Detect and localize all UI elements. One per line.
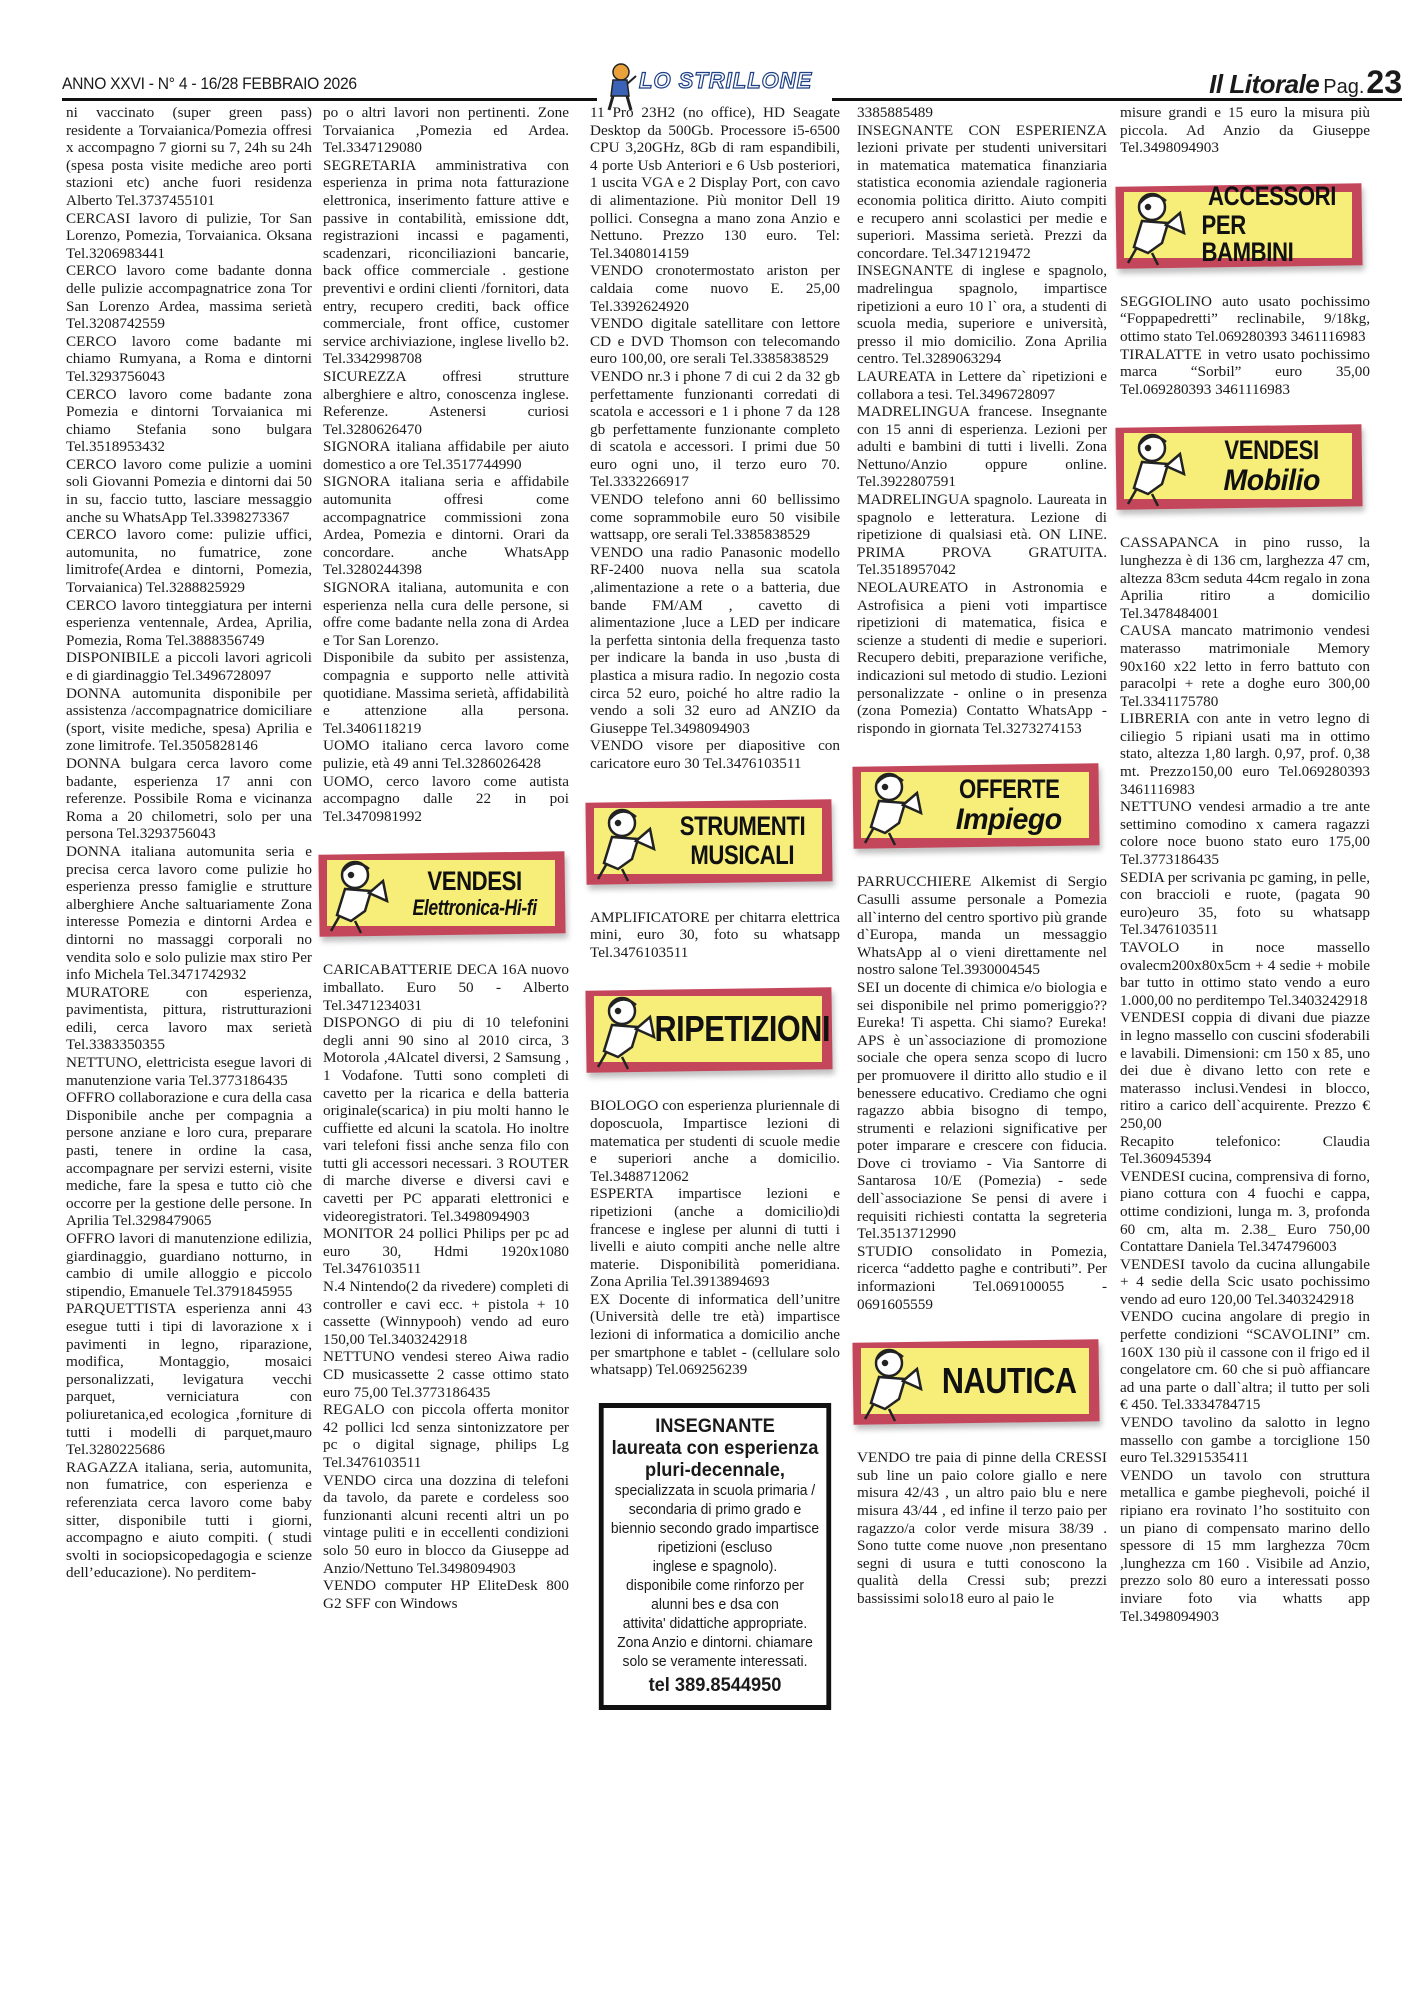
lo-strillone-logo: LO STRILLONE <box>597 62 832 104</box>
banner-strumenti-musicali: STRUMENTI MUSICALI <box>586 795 836 889</box>
banner-title: OFFERTE <box>959 776 1059 803</box>
banner-nautica: NAUTICA <box>853 1335 1103 1429</box>
classified-list-ripetizioni-cont: 3385885489INSEGNANTE CON ESPERIENZA lezi… <box>857 104 1107 737</box>
classified-ad: NETTUNO, elettricista esegue lavori di m… <box>66 1054 312 1089</box>
page-number: 23 <box>1366 64 1402 100</box>
classified-ad: misure grandi e 15 euro la misura più pi… <box>1120 104 1370 157</box>
banner-vendesi-mobilio: VENDESI Mobilio <box>1116 420 1366 514</box>
classified-ad: TAVOLO in noce massello ovalecm200x80x5c… <box>1120 939 1370 1009</box>
page-header: ANNO XXVI - N° 4 - 16/28 FEBBRAIO 2026 L… <box>62 62 1402 96</box>
classified-ad: EX Docente di informatica dell’unitre (U… <box>590 1291 840 1379</box>
boxed-ad-subtitle: laureata con esperienza <box>609 1438 820 1460</box>
classified-ad: BIOLOGO con esperienza pluriennale di do… <box>590 1097 840 1185</box>
classified-list-mobilio: CASSAPANCA in pino russo, la lunghezza è… <box>1120 534 1370 1625</box>
classified-ad: DISPONIBILE a piccoli lavori agricoli e … <box>66 649 312 684</box>
banner-accessori-bambini: ACCESSORI PER BAMBINI <box>1116 179 1366 273</box>
classified-ad: LIBRERIA con ante in vetro legno di cili… <box>1120 710 1370 798</box>
classified-ad: UOMO, cerco lavoro come autista accompag… <box>323 773 569 826</box>
boxed-ad-line: secondaria di primo grado e <box>609 1501 820 1520</box>
classified-ad: PARRUCCHIERE Alkemist di Sergio Casulli … <box>857 873 1107 979</box>
newsboy-mascot-icon <box>592 987 656 1071</box>
classified-ad: VENDO cronotermostato ariston per caldai… <box>590 262 840 315</box>
banner-title: VENDESI <box>1225 437 1319 464</box>
boxed-ad-line: biennio secondo grado impartisce <box>609 1520 820 1539</box>
classified-ad: SIGNORA italiana seria e affidabile auto… <box>323 473 569 579</box>
banner-title: ACCESSORI <box>1208 183 1336 210</box>
classified-ad: ni vaccinato (super green pass) resident… <box>66 104 312 210</box>
boxed-ad-line: ripetizioni (escluso <box>609 1539 820 1558</box>
banner-title: NAUTICA <box>942 1363 1077 1399</box>
classified-ad: OFFRO lavori di manutenzione edilizia, g… <box>66 1230 312 1300</box>
banner-subtitle: MUSICALI <box>690 842 794 869</box>
boxed-ad-insegnante: INSEGNANTE laureata con esperienza pluri… <box>599 1403 831 1710</box>
classified-ad: N.4 Nintendo(2 da rivedere) completi di … <box>323 1278 569 1348</box>
classified-ad: NEOLAUREATO in Astronomia e Astrofisica … <box>857 579 1107 737</box>
classified-ad: CAUSA mancato matrimonio vendesi materas… <box>1120 622 1370 710</box>
classified-ad: VENDO un tavolo con struttura metallica … <box>1120 1467 1370 1625</box>
column-5: misure grandi e 15 euro la misura più pi… <box>1120 104 1370 1625</box>
classified-ad: LAUREATA in Lettere da` ripetizioni e co… <box>857 368 1107 403</box>
classified-ad: CERCO lavoro come: pulizie uffici, autom… <box>66 526 312 596</box>
classified-ad: VENDESI tavolo da cucina allungabile + 4… <box>1120 1256 1370 1309</box>
boxed-ad-phone: tel 389.8544950 <box>609 1676 820 1695</box>
classified-ad: AMPLIFICATORE per chitarra elettrica min… <box>590 909 840 962</box>
classified-ad: SICUREZZA offresi strutture alberghiere … <box>323 368 569 438</box>
boxed-ad-line: specializzata in scuola primaria / <box>609 1482 820 1501</box>
newsboy-mascot-icon <box>1122 424 1186 508</box>
classified-ad: SIGNORA italiana affidabile per aiuto do… <box>323 438 569 473</box>
boxed-ad-line: alunni bes e dsa con <box>609 1596 820 1615</box>
classified-list-ripetizioni: BIOLOGO con esperienza pluriennale di do… <box>590 1097 840 1379</box>
classified-ad: STUDIO consolidato in Pomezia, ricerca “… <box>857 1243 1107 1313</box>
boxed-ad-subtitle: pluri-decennale, <box>609 1460 820 1482</box>
column-1: ni vaccinato (super green pass) resident… <box>66 104 312 1582</box>
classified-ad: CASSAPANCA in pino russo, la lunghezza è… <box>1120 534 1370 622</box>
banner-subtitle: Impiego <box>956 805 1062 835</box>
classified-ad: CERCASI lavoro di pulizie, Tor San Loren… <box>66 210 312 263</box>
classified-ad: CERCO lavoro come badante donna delle pu… <box>66 262 312 332</box>
classified-ad: DONNA italiana automunita seria e precis… <box>66 843 312 984</box>
brand-name: Il Litorale <box>1209 69 1319 99</box>
classified-ad: VENDO computer HP EliteDesk 800 G2 SFF c… <box>323 1577 569 1612</box>
classified-ad: Recapito telefonico: Claudia Tel.3609453… <box>1120 1133 1370 1168</box>
classified-ad: MURATORE con esperienza, pavimentista, p… <box>66 984 312 1054</box>
banner-vendesi-elettronica: VENDESI Elettronica-Hi-fi <box>319 847 569 941</box>
classified-ad: REGALO con piccola offerta monitor 42 po… <box>323 1401 569 1471</box>
masthead-brand: Il LitoralePag.23 <box>1209 64 1402 101</box>
classified-list-accessori: SEGGIOLINO auto usato pochissimo “Foppap… <box>1120 293 1370 399</box>
classified-list-elettronica: CARICABATTERIE DECA 16A nuovo imballato.… <box>323 961 569 1612</box>
issue-info: ANNO XXVI - N° 4 - 16/28 FEBBRAIO 2026 <box>62 74 357 94</box>
classified-ad: CERCO lavoro tinteggiatura per interni e… <box>66 597 312 650</box>
banner-title: VENDESI <box>428 868 522 895</box>
classified-ad: SEGGIOLINO auto usato pochissimo “Foppap… <box>1120 293 1370 346</box>
banner-subtitle: Elettronica-Hi-fi <box>413 897 537 919</box>
classified-list-offerte: PARRUCCHIERE Alkemist di Sergio Casulli … <box>857 873 1107 1313</box>
classified-list-elettronica-cont: 11 Pro 23H2 (no office), HD Seagate Desk… <box>590 104 840 773</box>
banner-ripetizioni: RIPETIZIONI <box>586 983 836 1077</box>
classified-ad: SIGNORA italiana, automunita e con esper… <box>323 579 569 649</box>
classified-ad: VENDESI coppia di divani due piazze in l… <box>1120 1009 1370 1132</box>
classified-ad: DISPONGO di piu di 10 telefonini degli a… <box>323 1014 569 1225</box>
classified-ad: UOMO italiano cerca lavoro come pulizie,… <box>323 737 569 772</box>
classified-ad: VENDO telefono anni 60 bellissimo come s… <box>590 491 840 544</box>
classified-ad: CARICABATTERIE DECA 16A nuovo imballato.… <box>323 961 569 1014</box>
banner-title: STRUMENTI <box>679 813 804 840</box>
classified-ad: NETTUNO vendesi stereo Aiwa radio CD mus… <box>323 1348 569 1401</box>
column-2: po o altri lavori non pertinenti. Zone T… <box>323 104 569 1612</box>
classified-ad: CERCO lavoro come badante zona Pomezia e… <box>66 386 312 456</box>
classified-list-lavoro-cont: po o altri lavori non pertinenti. Zone T… <box>323 104 569 825</box>
logo-text: LO STRILLONE <box>639 68 812 94</box>
classified-ad: SEDIA per scrivania pc gaming, in pelle,… <box>1120 869 1370 939</box>
banner-subtitle: PER BAMBINI <box>1201 212 1342 266</box>
boxed-ad-title: INSEGNANTE <box>609 1416 820 1438</box>
classified-ad: TIRALATTE in vetro usato pochissimo marc… <box>1120 346 1370 399</box>
classified-ad: 11 Pro 23H2 (no office), HD Seagate Desk… <box>590 104 840 262</box>
classified-ad: MADRELINGUA francese. Insegnante con 15 … <box>857 403 1107 491</box>
classified-ad: ESPERTA impartisce lezioni e ripetizioni… <box>590 1185 840 1291</box>
classified-list-nautica: VENDO tre paia di pinne della CRESSI sub… <box>857 1449 1107 1607</box>
banner-offerte-impiego: OFFERTE Impiego <box>853 759 1103 853</box>
classified-ad: VENDESI cucina, comprensiva di forno, pi… <box>1120 1168 1370 1256</box>
classified-ad: VENDO nr.3 i phone 7 di cui 2 da 32 gb p… <box>590 368 840 491</box>
boxed-ad-line: solo se veramente interessati. <box>609 1653 820 1672</box>
classified-ad: 3385885489 <box>857 104 1107 122</box>
newsboy-mascot-icon <box>1122 183 1186 267</box>
classified-ad: CERCO lavoro come badante mi chiamo Rumy… <box>66 333 312 386</box>
classified-ad: VENDO tre paia di pinne della CRESSI sub… <box>857 1449 1107 1607</box>
boxed-ad-body: specializzata in scuola primaria /second… <box>609 1482 820 1672</box>
column-3: 11 Pro 23H2 (no office), HD Seagate Desk… <box>590 104 840 1710</box>
classified-list-strumenti: AMPLIFICATORE per chitarra elettrica min… <box>590 909 840 962</box>
boxed-ad-line: disponibile come rinforzo per <box>609 1577 820 1596</box>
classified-ad: RAGAZZA italiana, seria, automunita, non… <box>66 1459 312 1582</box>
classified-ad: Disponibile da subito per assistenza, co… <box>323 649 569 737</box>
classified-ad: OFFRO collaborazione e cura della casa D… <box>66 1089 312 1230</box>
classified-ad: MONITOR 24 pollici Philips per pc ad eur… <box>323 1225 569 1278</box>
newsboy-mascot-icon <box>859 763 923 847</box>
classified-ad: SEI un docente di chimica e/o biologia e… <box>857 979 1107 1243</box>
banner-subtitle: Mobilio <box>1224 466 1320 496</box>
classified-ad: VENDO tavolino da salotto in legno masse… <box>1120 1414 1370 1467</box>
newsboy-mascot-icon <box>325 851 389 935</box>
newsboy-mascot-icon <box>859 1339 923 1423</box>
boxed-ad-line: attivita' didattiche appropriate. <box>609 1615 820 1634</box>
classified-ad: VENDO circa una dozzina di telefoni da t… <box>323 1472 569 1578</box>
classified-list-lavoro: ni vaccinato (super green pass) resident… <box>66 104 312 1582</box>
classified-ad: PARQUETTISTA esperienza anni 43 esegue t… <box>66 1300 312 1458</box>
classified-ad: po o altri lavori non pertinenti. Zone T… <box>323 104 569 157</box>
boxed-ad-line: Zona Anzio e dintorni. chiamare <box>609 1634 820 1653</box>
classified-ad: CERCO lavoro come pulizie a uomini soli … <box>66 456 312 526</box>
page-label: Pag. <box>1323 76 1364 98</box>
classified-ad: VENDO visore per diapositive con caricat… <box>590 737 840 772</box>
column-4: 3385885489INSEGNANTE CON ESPERIENZA lezi… <box>857 104 1107 1608</box>
classified-ad: MADRELINGUA spagnolo. Laureata in spagno… <box>857 491 1107 579</box>
classified-ad: INSEGNANTE di inglese e spagnolo, madrel… <box>857 262 1107 368</box>
classified-ad: VENDO cucina angolare di pregio in perfe… <box>1120 1308 1370 1414</box>
classified-ad: SEGRETARIA amministrativa con esperienza… <box>323 157 569 368</box>
classified-ad: DONNA bulgara cerca lavoro come badante,… <box>66 755 312 843</box>
classified-ad: VENDO digitale satellitare con lettore C… <box>590 315 840 368</box>
classified-list-nautica-cont: misure grandi e 15 euro la misura più pi… <box>1120 104 1370 157</box>
classified-ad: DONNA automunita disponibile per assiste… <box>66 685 312 755</box>
boxed-ad-line: inglese e spagnolo). <box>609 1558 820 1577</box>
banner-title: RIPETIZIONI <box>654 1011 830 1047</box>
classified-ad: INSEGNANTE CON ESPERIENZA lezioni privat… <box>857 122 1107 263</box>
classified-ad: VENDO una radio Panasonic modello RF-240… <box>590 544 840 738</box>
classified-ad: NETTUNO vendesi armadio a tre ante setti… <box>1120 798 1370 868</box>
newsboy-mascot-icon <box>592 799 656 883</box>
